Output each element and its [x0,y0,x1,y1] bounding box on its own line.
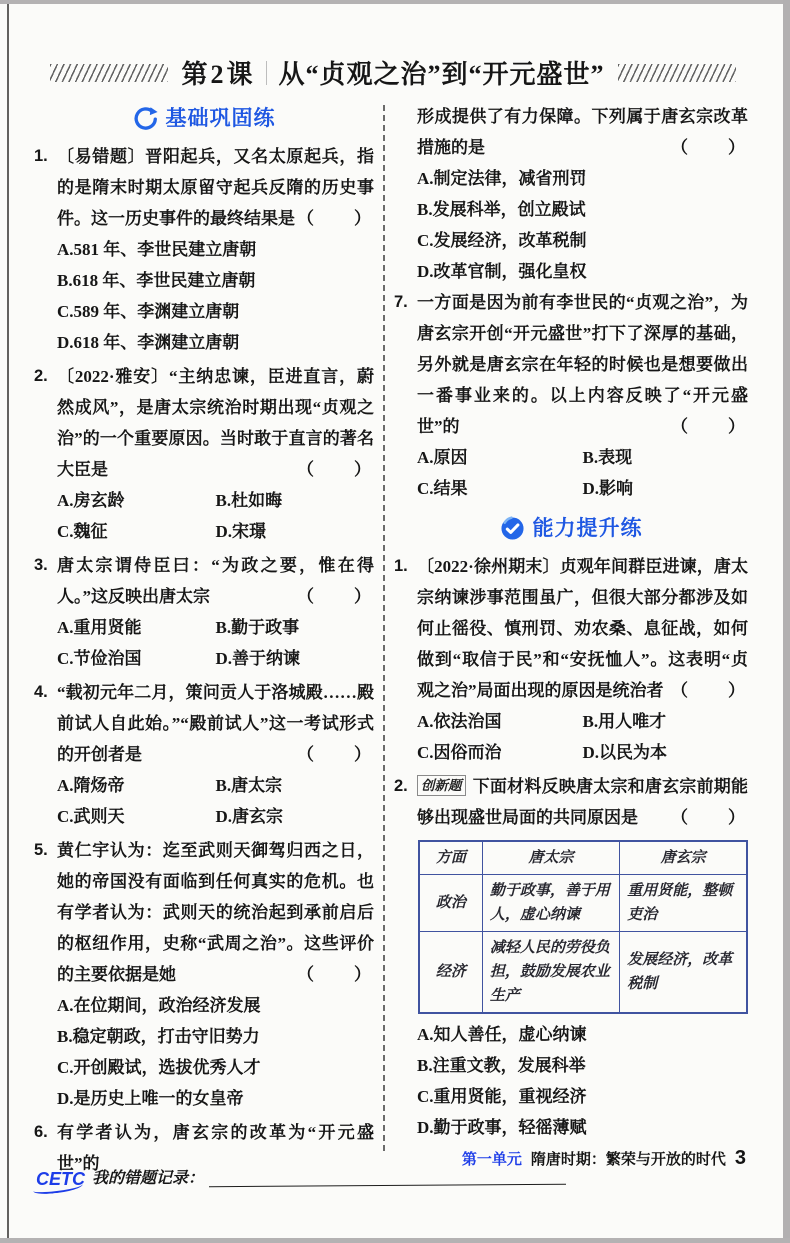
question-number: 4. [34,677,57,832]
option-c: C.重用贤能，重视经济 [417,1081,748,1112]
column-divider [383,105,385,1151]
option-b: B.杜如晦 [216,485,375,516]
option-d: D.改革官制，强化皇权 [417,256,748,287]
cell-xuanzong-politics: 重用贤能，整顿吏治 [620,875,747,932]
answer-blank: （ ） [297,203,373,234]
options: A.在位期间，政治经济发展 B.稳定朝政，打击守旧势力 C.开创殿试，选拔优秀人… [57,990,374,1114]
option-c: C.开创殿试，选拔优秀人才 [57,1052,374,1083]
option-c: C.589 年、李渊建立唐朝 [57,296,374,327]
question-2: 2. 〔2022·雅安〕“主纳忠谏，臣进直言，蔚然成风”，是唐太宗统治时期出现“… [34,361,374,547]
answer-blank: （ ） [671,411,747,442]
section-ability-practice-heading: 能力提升练 [394,513,748,544]
question-stem: 唐太宗谓侍臣曰：“为政之要，惟在得人。”这反映出唐太宗 （ ） [57,550,374,612]
footer-mistake-record: CETC 我的错题记录： [36,1167,566,1191]
answer-blank: （ ） [671,132,747,163]
section-basic-title: 基础巩固练 [166,103,276,134]
lesson-number: 第2课 [181,54,255,91]
option-c: C.武则天 [57,801,216,832]
lesson-title-row: 第2课 从“贞观之治”到“开元盛世” [20,54,766,91]
check-circle-icon [500,516,525,541]
option-a: A.制定法律，减省刑罚 [417,163,748,194]
option-b: B.用人唯才 [583,706,749,737]
table-row-economy: 经济 减轻人民的劳役负担，鼓励发展农业生产 发展经济，改革税制 [419,932,747,1014]
answer-blank: （ ） [297,581,373,612]
question-stem: 〔易错题〕晋阳起兵，又名太原起兵，指的是隋末时期太原留守起兵反隋的历史事件。这一… [57,141,374,234]
section-ability-title: 能力提升练 [533,513,643,544]
row-label: 经济 [419,932,482,1014]
option-b: B.发展科举，创立殿试 [417,194,748,225]
options: A.依法治国 B.用人唯才 C.因俗而治 D.以民为本 [417,706,748,768]
option-d: D.影响 [583,473,749,504]
options: A.隋炀帝 B.唐太宗 C.武则天 D.唐玄宗 [57,770,374,832]
question-7: 7. 一方面是因为前有李世民的“贞观之治”，为唐玄宗开创“开元盛世”打下了深厚的… [394,287,748,504]
question-number: 3. [34,550,57,674]
question-3: 3. 唐太宗谓侍臣曰：“为政之要，惟在得人。”这反映出唐太宗 （ ） A.重用贤… [34,550,374,674]
ability-question-1: 1. 〔2022·徐州期末〕贞观年间群臣进谏，唐太宗纳谏涉事范围虽广，但很大部分… [394,551,748,768]
question-stem: 黄仁宇认为：迄至武则天御驾归西之日，她的帝国没有面临到任何真实的危机。也有学者认… [57,835,374,990]
option-b: B.注重文教，发展科举 [417,1050,748,1081]
option-d: D.是历史上唯一的女皇帝 [57,1083,374,1114]
left-column: 基础巩固练 1. 〔易错题〕晋阳起兵，又名太原起兵，指的是隋末时期太原留守起兵反… [34,101,374,1159]
options: A.原因 B.表现 C.结果 D.影响 [417,442,748,504]
cell-taizong-economy: 减轻人民的劳役负担，鼓励发展农业生产 [482,932,619,1014]
lesson-title: 从“贞观之治”到“开元盛世” [279,54,605,91]
option-a: A.隋炀帝 [57,770,216,801]
question-number: 2. [34,361,57,547]
question-5: 5. 黄仁宇认为：迄至武则天御驾归西之日，她的帝国没有面临到任何真实的危机。也有… [34,835,374,1114]
options: A.重用贤能 B.勤于政事 C.节俭治国 D.善于纳谏 [57,612,374,674]
question-number: 5. [34,835,57,1114]
hatch-decoration-right [618,64,736,82]
right-column: 形成提供了有力保障。下列属于唐玄宗改革措施的是 （ ） A.制定法律，减省刑罚 … [394,101,748,1159]
mistake-record-label: 我的错题记录： [92,1167,204,1191]
brand-logo: CETC [36,1167,87,1191]
option-a: A.在位期间，政治经济发展 [57,990,374,1021]
question-number: 1. [394,551,417,768]
options: A.581 年、李世民建立唐朝 B.618 年、李世民建立唐朝 C.589 年、… [57,234,374,358]
question-number: 2. [394,771,417,1143]
ability-question-2: 2. 创新题下面材料反映唐太宗和唐玄宗前期能够出现盛世局面的共同原因是 （ ） … [394,771,748,1143]
question-stem: 〔2022·徐州期末〕贞观年间群臣进谏，唐太宗纳谏涉事范围虽广，但很大部分都涉及… [417,551,748,706]
title-separator [266,61,267,85]
option-a: A.原因 [417,442,583,473]
options: A.房玄龄 B.杜如晦 C.魏征 D.宋璟 [57,485,374,547]
material-table: 方面 唐太宗 唐玄宗 政治 勤于政事，善于用人，虚心纳谏 重用贤能，整顿吏治 经… [418,840,748,1014]
question-stem: 形成提供了有力保障。下列属于唐玄宗改革措施的是 （ ） [417,101,748,163]
option-c: C.因俗而治 [417,737,583,768]
unit-label: 第一单元 [462,1148,522,1169]
table-header-xuanzong: 唐玄宗 [620,841,747,875]
answer-blank: （ ） [297,959,373,990]
option-d: D.唐玄宗 [216,801,375,832]
workbook-page: 第2课 从“贞观之治”到“开元盛世” 基础巩固练 1. 〔易错题〕晋阳起兵，又名… [0,0,790,1243]
scan-edge-right [783,0,790,1243]
question-stem: 〔2022·雅安〕“主纳忠谏，臣进直言，蔚然成风”，是唐太宗统治时期出现“贞观之… [57,361,374,485]
question-1: 1. 〔易错题〕晋阳起兵，又名太原起兵，指的是隋末时期太原留守起兵反隋的历史事件… [34,141,374,358]
option-c: C.结果 [417,473,583,504]
option-d: D.善于纳谏 [216,643,375,674]
row-label: 政治 [419,875,482,932]
answer-blank: （ ） [671,675,747,706]
innovation-tag: 创新题 [417,775,466,796]
section-basic-practice-heading: 基础巩固练 [34,103,374,134]
question-stem: 创新题下面材料反映唐太宗和唐玄宗前期能够出现盛世局面的共同原因是 （ ） [417,771,748,833]
option-b: B.表现 [583,442,749,473]
option-b: B.618 年、李世民建立唐朝 [57,265,374,296]
question-stem: 一方面是因为前有李世民的“贞观之治”，为唐玄宗开创“开元盛世”打下了深厚的基础，… [417,287,748,442]
refresh-circle-icon [133,106,158,131]
page-number: 3 [735,1147,746,1170]
cell-taizong-politics: 勤于政事，善于用人，虚心纳谏 [482,875,619,932]
table-header-taizong: 唐太宗 [482,841,619,875]
answer-blank: （ ） [297,739,373,770]
unit-title: 隋唐时期：繁荣与开放的时代 [531,1148,726,1169]
option-a: A.知人善任，虚心纳谏 [417,1019,748,1050]
option-d: D.宋璟 [216,516,375,547]
scan-edge-bottom [0,1238,790,1243]
question-tag: 〔易错题〕 [57,147,145,166]
page-spine-line [7,4,9,1238]
question-number: 1. [34,141,57,358]
option-c: C.发展经济，改革税制 [417,225,748,256]
page-title: 第2课 从“贞观之治”到“开元盛世” [181,54,604,91]
table-header-row: 方面 唐太宗 唐玄宗 [419,841,747,875]
option-b: B.稳定朝政，打击守旧势力 [57,1021,374,1052]
option-c: C.节俭治国 [57,643,216,674]
option-d: D.勤于政事，轻徭薄赋 [417,1112,748,1143]
option-a: A.房玄龄 [57,485,216,516]
answer-blank: （ ） [297,454,373,485]
option-a: A.依法治国 [417,706,583,737]
cell-xuanzong-economy: 发展经济，改革税制 [620,932,747,1014]
question-stem: “载初元年二月，策问贡人于洛城殿……殿前试人自此始。”“殿前试人”这一考试形式的… [57,677,374,770]
question-tag: 〔2022·雅安〕 [57,367,169,386]
answer-blank: （ ） [671,802,747,833]
table-header-aspect: 方面 [419,841,482,875]
scan-edge-top [0,0,790,4]
table-row-politics: 政治 勤于政事，善于用人，虚心纳谏 重用贤能，整顿吏治 [419,875,747,932]
question-tag: 〔2022·徐州期末〕 [417,557,560,576]
options: A.制定法律，减省刑罚 B.发展科举，创立殿试 C.发展经济，改革税制 D.改革… [417,163,748,287]
option-b: B.唐太宗 [216,770,375,801]
option-b: B.勤于政事 [216,612,375,643]
option-d: D.618 年、李渊建立唐朝 [57,327,374,358]
question-number: 7. [394,287,417,504]
question-4: 4. “载初元年二月，策问贡人于洛城殿……殿前试人自此始。”“殿前试人”这一考试… [34,677,374,832]
option-a: A.581 年、李世民建立唐朝 [57,234,374,265]
option-c: C.魏征 [57,516,216,547]
option-d: D.以民为本 [583,737,749,768]
options: A.知人善任，虚心纳谏 B.注重文教，发展科举 C.重用贤能，重视经济 D.勤于… [417,1019,748,1143]
question-6-continuation: 形成提供了有力保障。下列属于唐玄宗改革措施的是 （ ） A.制定法律，减省刑罚 … [394,101,748,287]
mistake-record-blank-line [209,1184,566,1187]
hatch-decoration-left [50,64,168,82]
two-column-layout: 基础巩固练 1. 〔易错题〕晋阳起兵，又名太原起兵，指的是隋末时期太原留守起兵反… [34,101,748,1159]
option-a: A.重用贤能 [57,612,216,643]
